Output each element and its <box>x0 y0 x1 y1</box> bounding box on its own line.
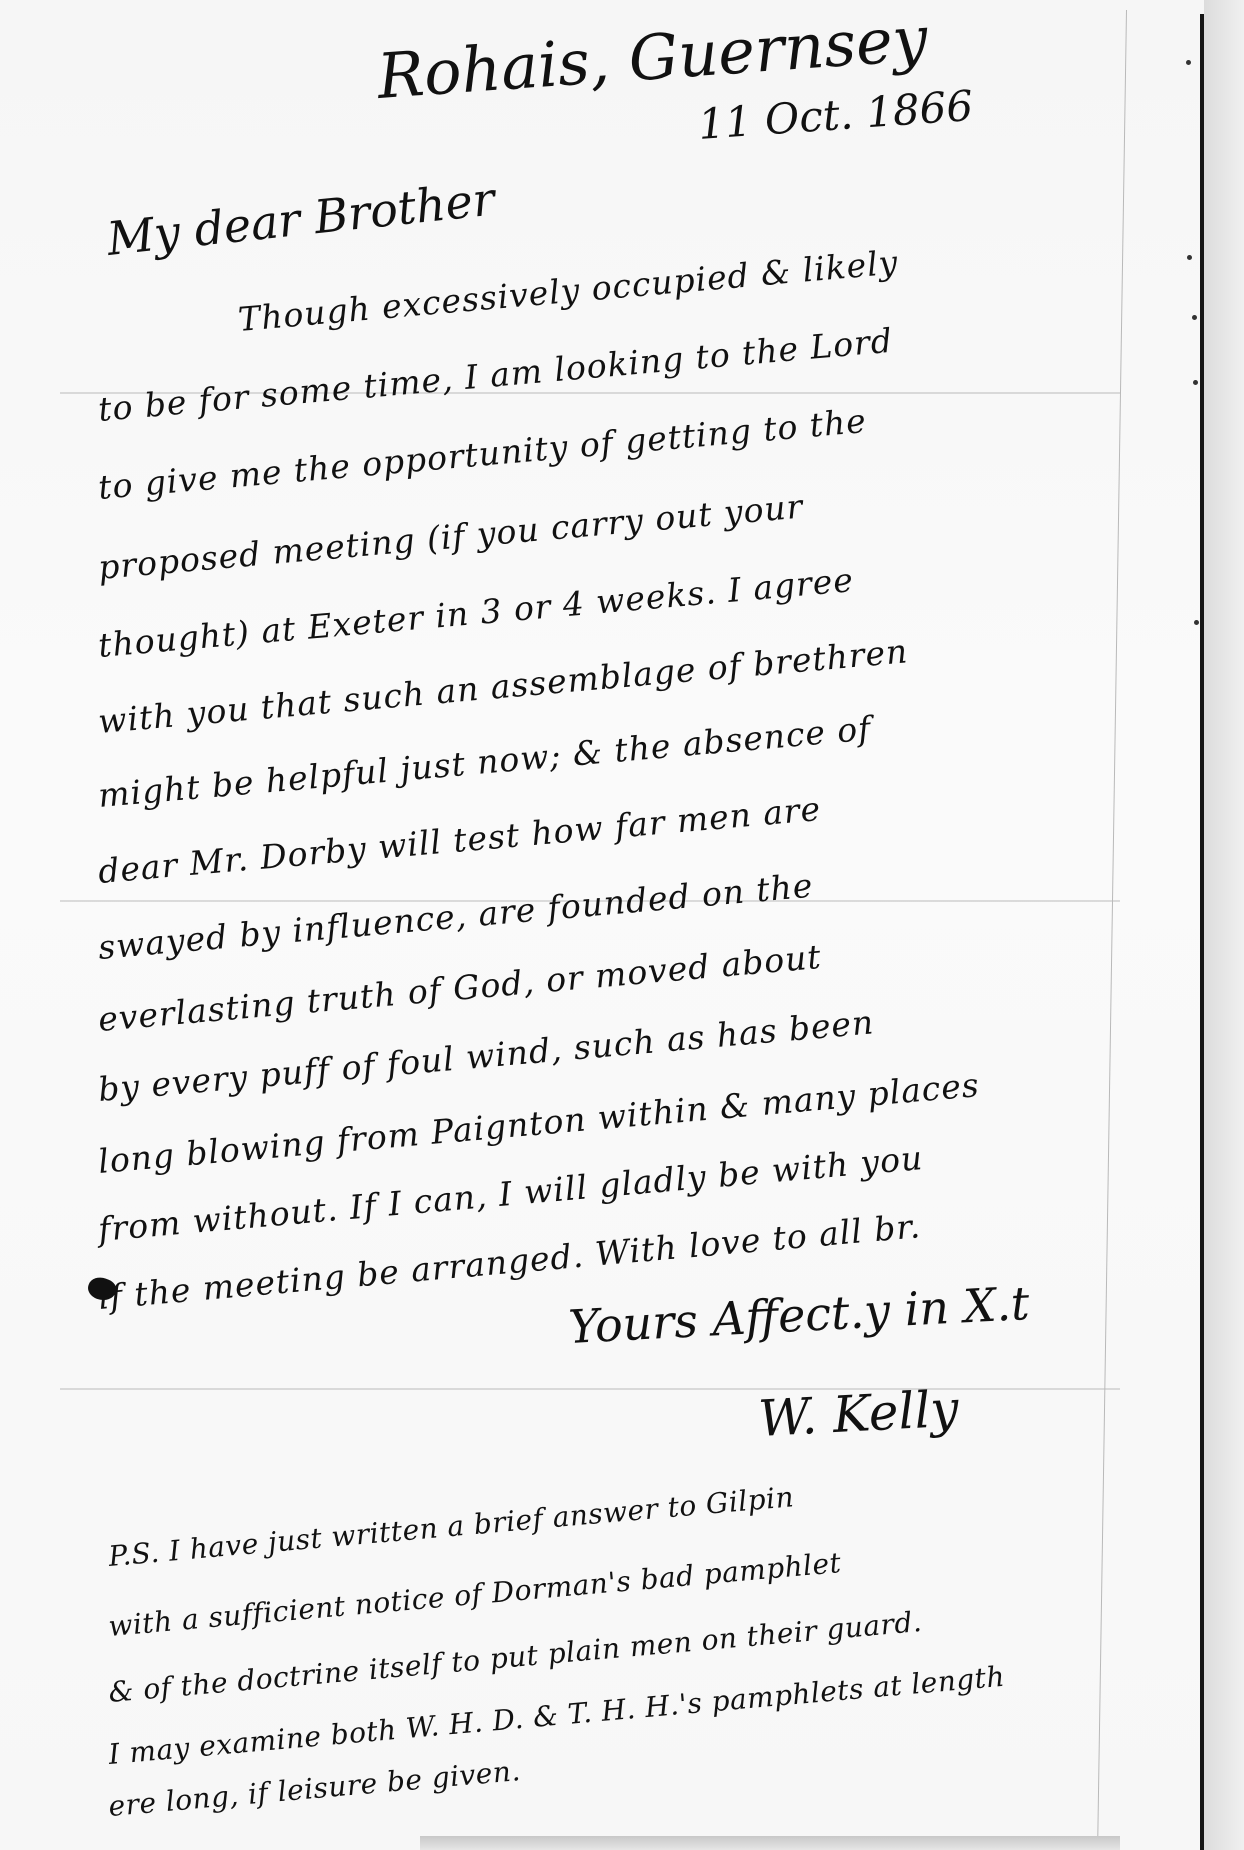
paper-speck <box>1192 315 1197 320</box>
paper-speck <box>1186 60 1191 65</box>
paper-crease <box>60 1388 1120 1390</box>
letter-signature: W. Kelly <box>757 1380 960 1448</box>
bottom-edge-shadow <box>420 1836 1120 1850</box>
paper-speck <box>1193 380 1198 385</box>
page-edge-strip <box>1204 0 1244 1850</box>
paper-speck <box>1194 620 1199 625</box>
paper-speck <box>1187 255 1192 260</box>
